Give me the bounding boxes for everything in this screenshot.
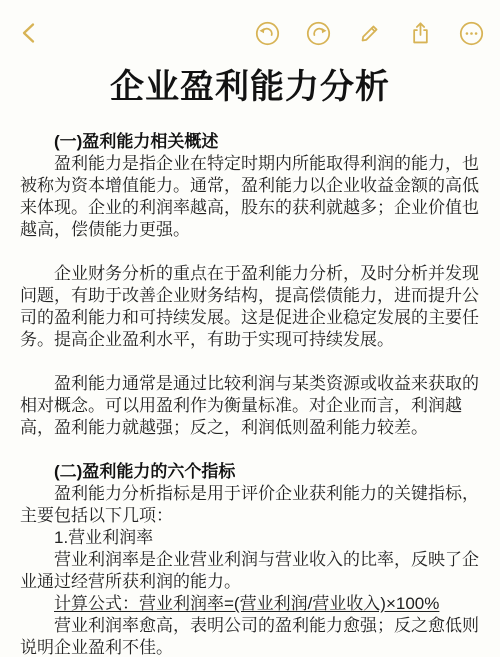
undo-button[interactable] <box>254 20 281 47</box>
undo-icon <box>254 20 281 47</box>
section1-paragraph-3: 盈利能力通常是通过比较利润与某类资源或收益来获取的相对概念。可以用盈利作为衡量标… <box>20 373 480 439</box>
more-button[interactable] <box>458 20 485 47</box>
pencil-icon <box>356 20 383 47</box>
notes-app-page: 企业盈利能力分析 (一)盈利能力相关概述 盈利能力是指企业在特定时期内所能取得利… <box>0 0 500 657</box>
section1-paragraph-1: 盈利能力是指企业在特定时期内所能取得利润的能力，也被称为资本增值能力。通常，盈利… <box>20 153 480 241</box>
section1-paragraph-2: 企业财务分析的重点在于盈利能力分析，及时分析并发现问题，有助于改善企业财务结构，… <box>20 263 480 351</box>
note-content: (一)盈利能力相关概述 盈利能力是指企业在特定时期内所能取得利润的能力，也被称为… <box>0 131 500 657</box>
indicator1-description: 营业利润率是企业营业利润与营业收入的比率，反映了企业通过经营所获利润的能力。 <box>20 549 480 593</box>
toolbar <box>0 0 500 50</box>
redo-icon <box>305 20 332 47</box>
redo-button[interactable] <box>305 20 332 47</box>
back-chevron-icon <box>18 20 39 46</box>
back-button[interactable] <box>18 20 39 46</box>
share-icon <box>407 20 434 47</box>
section2-heading: (二)盈利能力的六个指标 <box>20 461 480 483</box>
share-button[interactable] <box>407 20 434 47</box>
indicator1-note: 营业利润率愈高，表明公司的盈利能力愈强；反之愈低则说明企业盈利不佳。 <box>20 615 480 657</box>
toolbar-actions <box>254 20 485 47</box>
indicator1-formula: 计算公式：营业利润率=(营业利润/营业收入)×100% <box>20 593 480 615</box>
page-title: 企业盈利能力分析 <box>0 67 500 107</box>
ellipsis-icon <box>458 20 485 47</box>
section2-intro: 盈利能力分析指标是用于评价企业获利能力的关键指标，主要包括以下几项： <box>20 483 480 527</box>
indicator1-title: 1.营业利润率 <box>20 527 480 549</box>
edit-button[interactable] <box>356 20 383 47</box>
section1-heading: (一)盈利能力相关概述 <box>20 131 480 153</box>
